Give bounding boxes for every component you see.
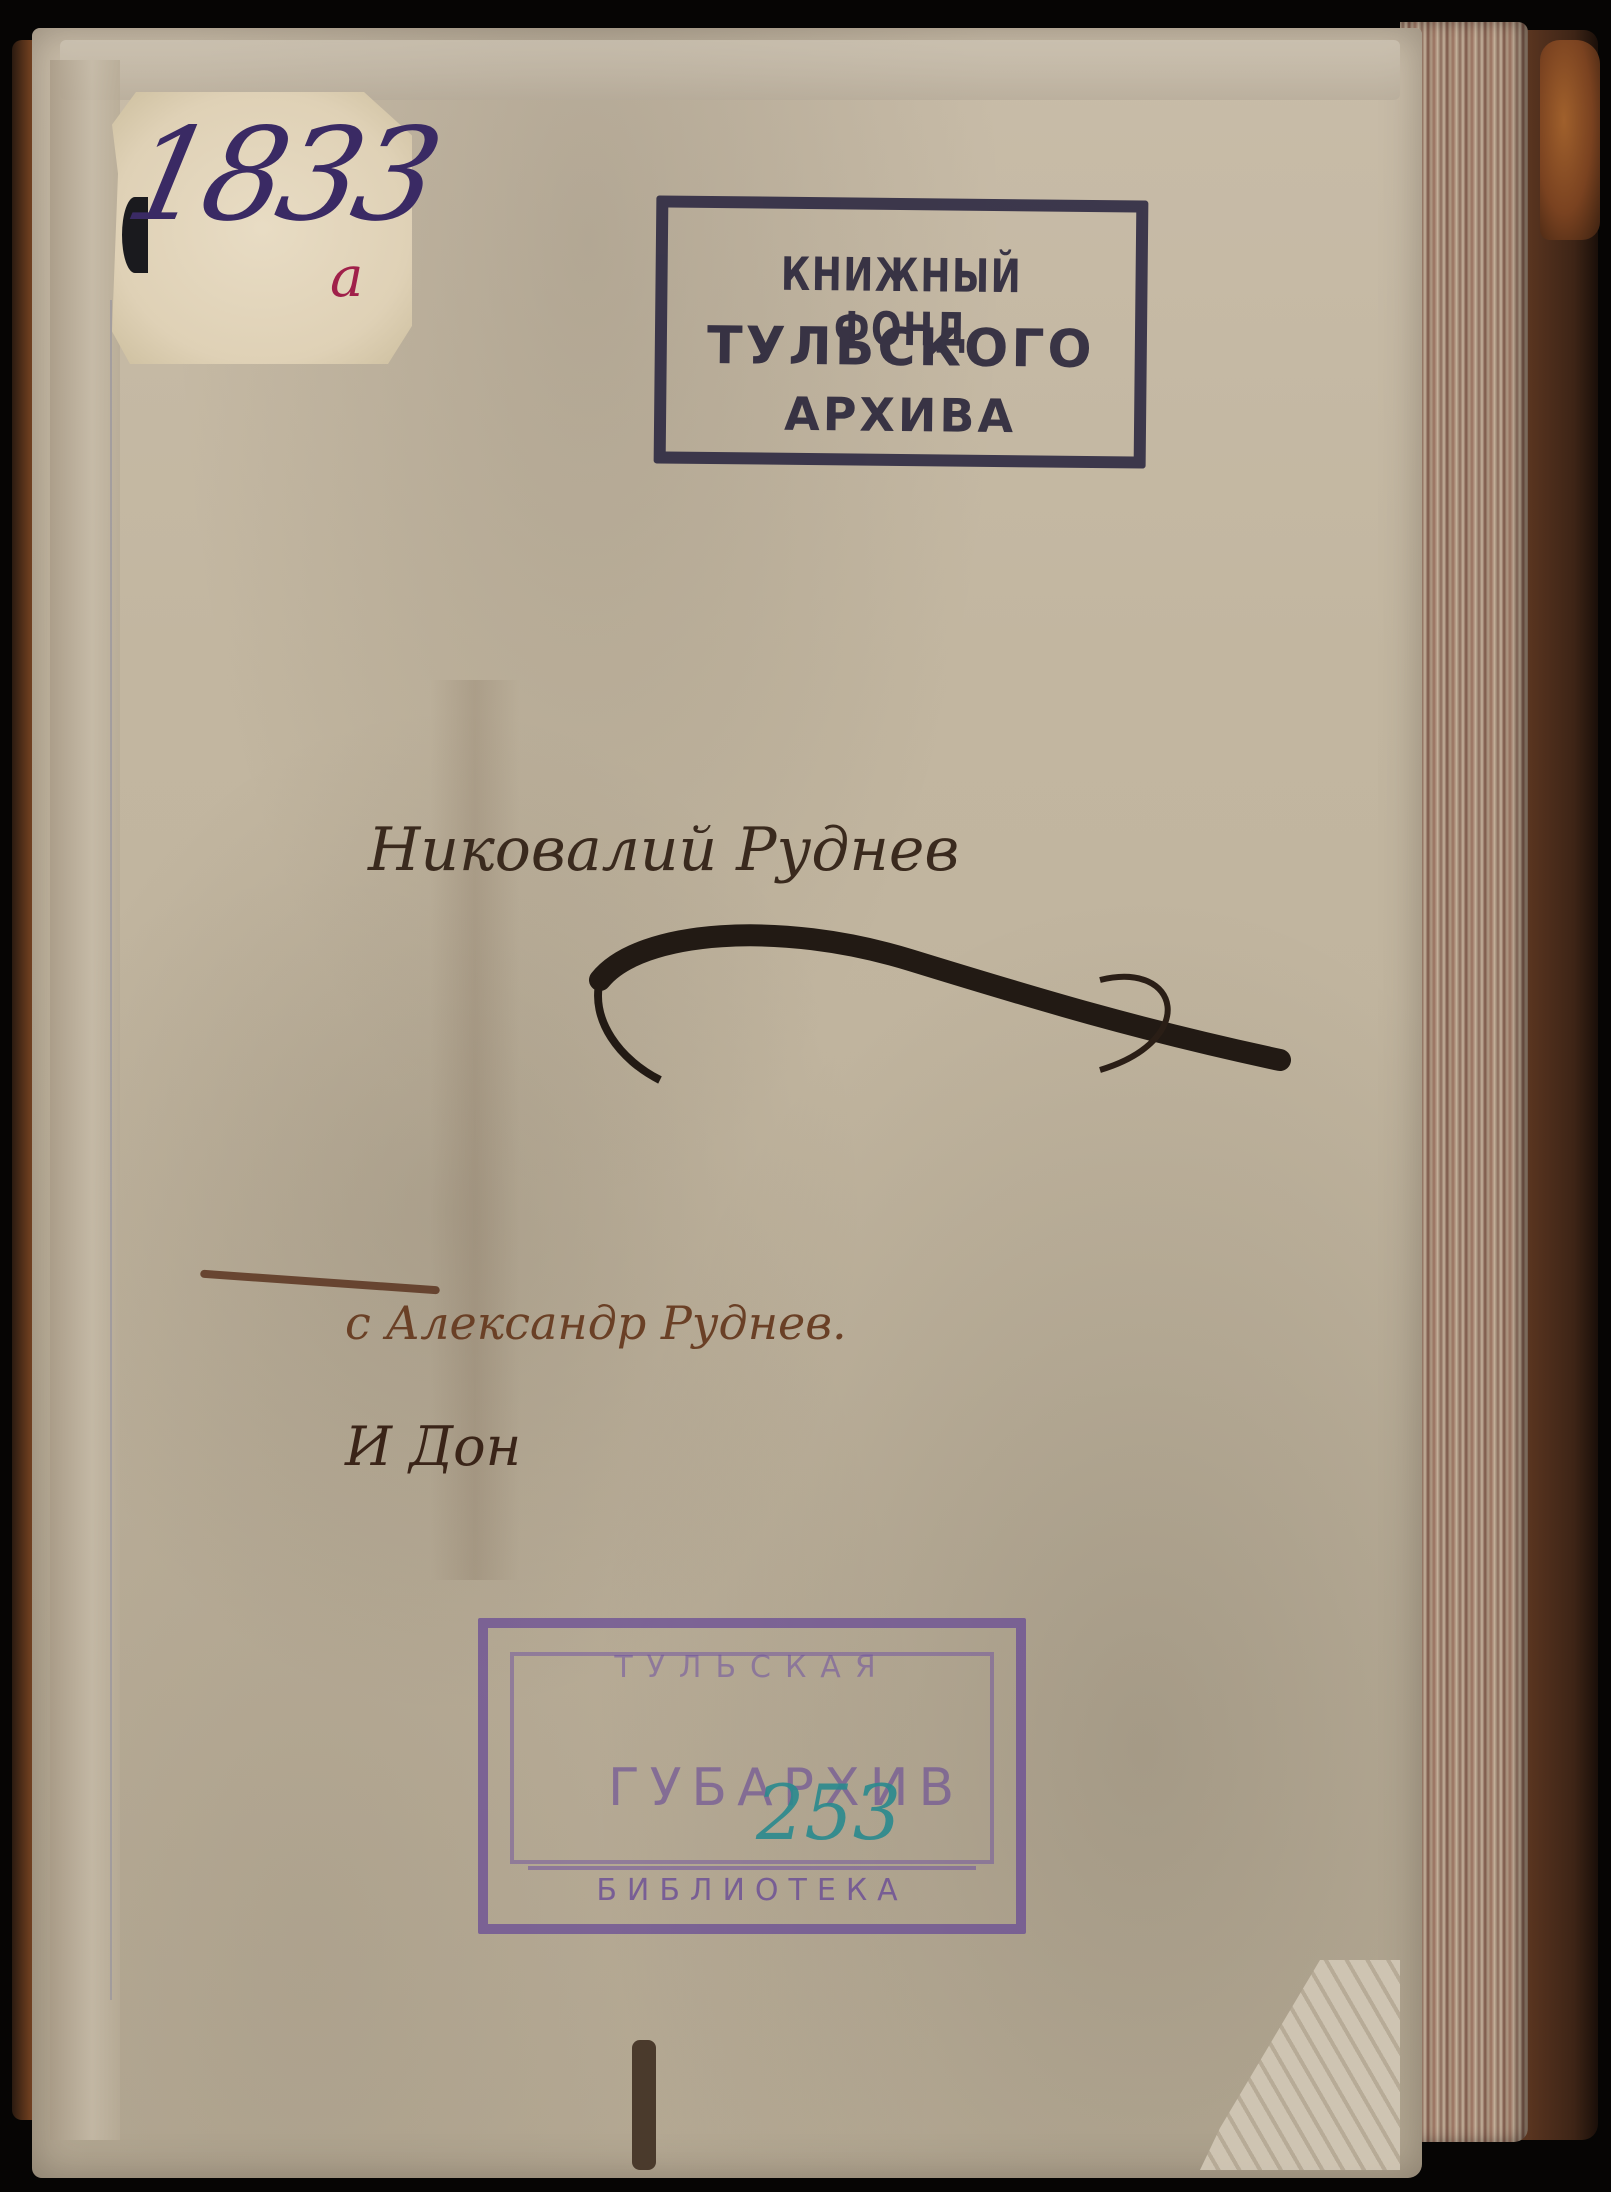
handwritten-third-line: И Дон	[345, 1420, 521, 1474]
label-number: 1833	[116, 112, 445, 240]
library-stamp-bottom-text: БИБЛИОТЕКА	[488, 1873, 1016, 1908]
archive-stamp-line-2: ТУЛЬСКОГО	[667, 316, 1136, 381]
pencil-rule-line	[110, 300, 112, 2000]
library-stamp: ТУЛЬСКАЯ ГУБАРХИВ 253 БИБЛИОТЕКА	[478, 1618, 1026, 1934]
archive-stamp-line-3: АРХИВА	[666, 386, 1135, 445]
library-stamp-top-text: ТУЛЬСКАЯ	[488, 1650, 1016, 1685]
ink-flourish	[580, 920, 1300, 1100]
archive-stamp: КНИЖНЫЙ ФОНД ТУЛЬСКОГО АРХИВА	[654, 195, 1149, 468]
handwritten-owner-name: Никовалий Руднев	[368, 820, 959, 880]
tear-mark	[632, 2040, 656, 2170]
cover-top-turnin	[60, 40, 1400, 100]
label-suffix: a	[330, 250, 363, 306]
leather-corner-worn	[1540, 40, 1600, 240]
shelf-number: 253	[756, 1768, 901, 1857]
handwritten-second-line: с Александр Руднев.	[345, 1300, 847, 1346]
